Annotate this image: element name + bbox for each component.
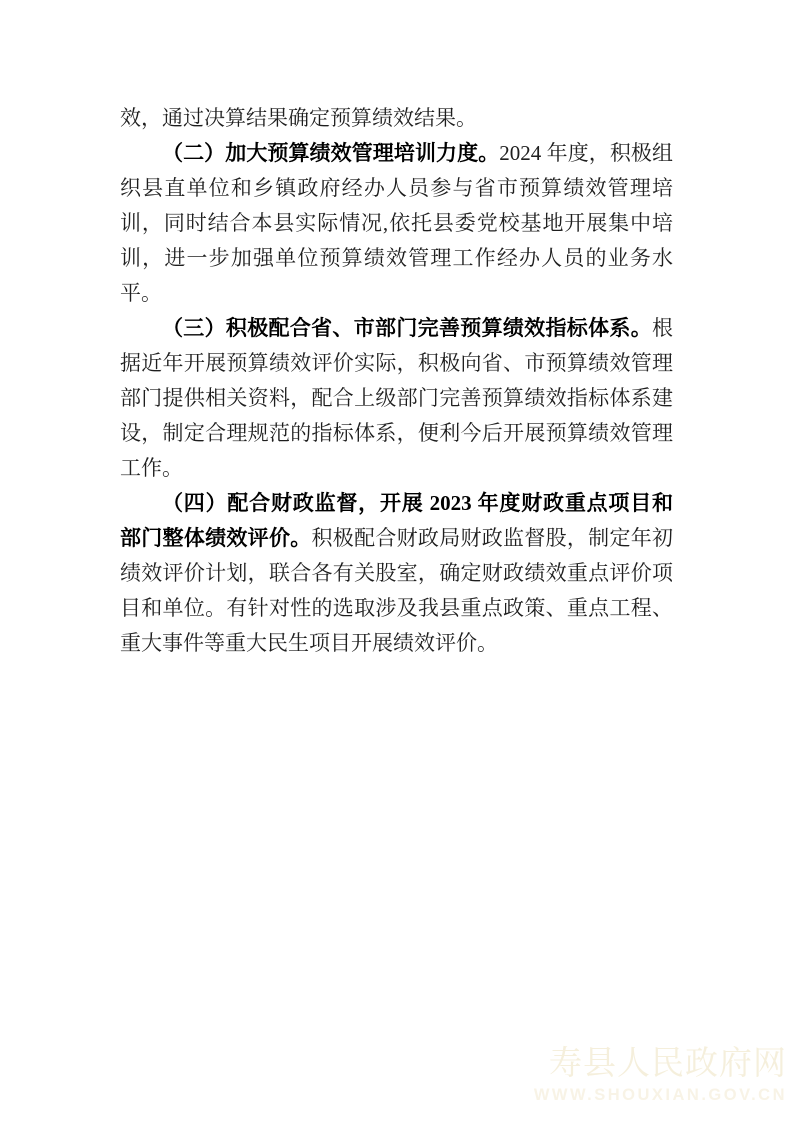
text-segment: 积极配合财政局财政监督股，制定年初 bbox=[312, 526, 673, 550]
text-segment: 据近年开展预算绩效评价实际，积极向省、市预算绩效管理 bbox=[120, 351, 673, 375]
heading-segment: 部门整体绩效评价。 bbox=[120, 526, 312, 550]
text-segment: 重大事件等重大民生项目开展绩效评价。 bbox=[120, 631, 498, 655]
text-line: （二）加大预算绩效管理培训力度。2024 年度，积极组 bbox=[120, 136, 673, 171]
heading-segment: （四）配合财政监督，开展 2023 年度财政重点项目和 bbox=[162, 491, 673, 515]
text-line: 部门整体绩效评价。积极配合财政局财政监督股，制定年初 bbox=[120, 521, 673, 556]
document-text-block: 效，通过决算结果确定预算绩效结果。 （二）加大预算绩效管理培训力度。2024 年… bbox=[120, 101, 673, 661]
text-line: 重大事件等重大民生项目开展绩效评价。 bbox=[120, 626, 673, 661]
text-segment: 训，进一步加强单位预算绩效管理工作经办人员的业务水 bbox=[120, 246, 673, 270]
watermark-site-name: 寿县人民政府网 bbox=[534, 1046, 787, 1083]
text-line: 工作。 bbox=[120, 451, 673, 486]
heading-segment: （二）加大预算绩效管理培训力度。 bbox=[162, 141, 499, 165]
text-line: 绩效评价计划，联合各有关股室，确定财政绩效重点评价项 bbox=[120, 556, 673, 591]
text-segment: 根 bbox=[652, 316, 673, 340]
text-segment: 设，制定合理规范的指标体系，便利今后开展预算绩效管理 bbox=[120, 421, 673, 445]
text-line: 效，通过决算结果确定预算绩效结果。 bbox=[120, 101, 673, 136]
text-line: 织县直单位和乡镇政府经办人员参与省市预算绩效管理培 bbox=[120, 171, 673, 206]
watermark: 寿县人民政府网 WWW.SHOUXIAN.GOV.CN bbox=[534, 1046, 787, 1104]
watermark-site-url: WWW.SHOUXIAN.GOV.CN bbox=[534, 1087, 787, 1104]
text-segment: 绩效评价计划，联合各有关股室，确定财政绩效重点评价项 bbox=[120, 561, 673, 585]
text-segment: 训，同时结合本县实际情况,依托县委党校基地开展集中培 bbox=[120, 211, 673, 235]
text-segment: 部门提供相关资料，配合上级部门完善预算绩效指标体系建 bbox=[120, 386, 673, 410]
heading-segment: （三）积极配合省、市部门完善预算绩效指标体系。 bbox=[162, 316, 652, 340]
text-line: 训，同时结合本县实际情况,依托县委党校基地开展集中培 bbox=[120, 206, 673, 241]
text-line: 设，制定合理规范的指标体系，便利今后开展预算绩效管理 bbox=[120, 416, 673, 451]
text-segment: 效，通过决算结果确定预算绩效结果。 bbox=[120, 106, 477, 130]
text-line: 平。 bbox=[120, 276, 673, 311]
text-segment: 2024 年度，积极组 bbox=[499, 141, 673, 165]
text-segment: 平。 bbox=[120, 281, 162, 305]
text-segment: 目和单位。有针对性的选取涉及我县重点政策、重点工程、 bbox=[120, 596, 673, 620]
document-page: { "page": { "background": "#ffffff", "te… bbox=[0, 0, 793, 1122]
text-line: 据近年开展预算绩效评价实际，积极向省、市预算绩效管理 bbox=[120, 346, 673, 381]
text-line: （四）配合财政监督，开展 2023 年度财政重点项目和 bbox=[120, 486, 673, 521]
text-line: 目和单位。有针对性的选取涉及我县重点政策、重点工程、 bbox=[120, 591, 673, 626]
text-segment: 织县直单位和乡镇政府经办人员参与省市预算绩效管理培 bbox=[120, 176, 673, 200]
text-line: （三）积极配合省、市部门完善预算绩效指标体系。根 bbox=[120, 311, 673, 346]
text-line: 部门提供相关资料，配合上级部门完善预算绩效指标体系建 bbox=[120, 381, 673, 416]
text-line: 训，进一步加强单位预算绩效管理工作经办人员的业务水 bbox=[120, 241, 673, 276]
text-segment: 工作。 bbox=[120, 456, 183, 480]
